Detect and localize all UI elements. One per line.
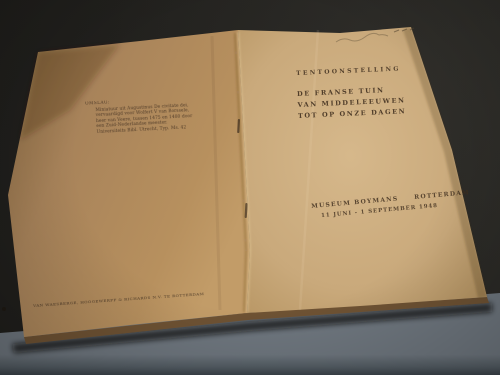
venue-gap: [398, 199, 414, 200]
right-page-title-block: TENTOONSTELLING DE FRANSE TUIN VAN MIDDE…: [296, 65, 406, 122]
paper-fleck: [2, 307, 6, 311]
booklet-photo-shapes: [0, 0, 500, 375]
photograph-of-open-booklet: OMSLAG: Miniatuur uit Augustinus De civi…: [0, 0, 500, 375]
exhibition-title: DE FRANSE TUIN VAN MIDDELEEUWEN TOT OP O…: [297, 84, 407, 122]
